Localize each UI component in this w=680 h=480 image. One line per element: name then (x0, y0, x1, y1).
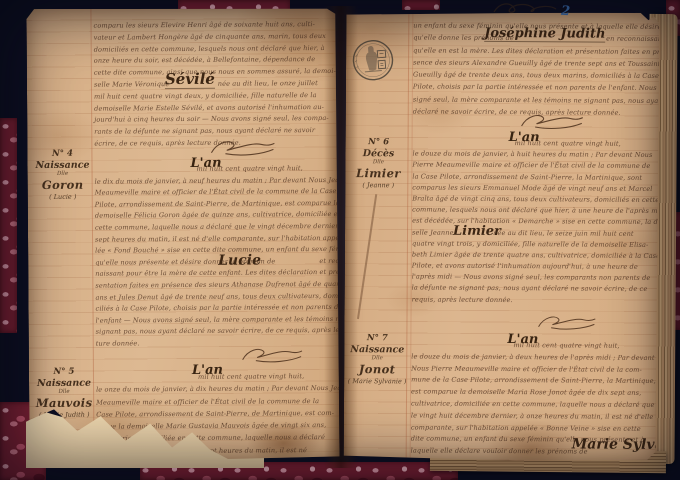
book-gutter-shadow (324, 6, 358, 468)
highlighted-name-josephine-judith: Joséphine Judith (484, 26, 605, 43)
record-surname: Goron (30, 178, 96, 192)
officiant-signature-flourish (534, 313, 598, 331)
ink-scribble-flourish (492, 0, 564, 16)
margin-cancel-stroke (357, 194, 377, 319)
officiant-signature-flourish (239, 345, 305, 364)
officiant-signature-flourish (518, 111, 586, 131)
left-page: N° 4 Naissance Dlle Goron ( Lucie ) N° 5… (26, 7, 339, 463)
cover-marbled-fragment-top-2 (402, 0, 440, 10)
highlighted-name-marie-sylvanie: Marie Sylvanie (572, 436, 660, 453)
record-type: Naissance (31, 378, 97, 389)
record-honorific: Dlle (31, 389, 97, 395)
record-type: Naissance (29, 160, 95, 171)
death-record-limier-text: mil huit cent quatre vingt huit,le douze… (412, 137, 660, 306)
folio-page-number: 2 (561, 4, 571, 19)
highlighted-name-lucie: Lucie (218, 252, 261, 268)
register-book-scan: N° 4 Naissance Dlle Goron ( Lucie ) N° 5… (0, 0, 680, 480)
record-honorific: Dlle (30, 171, 96, 177)
cover-marbled-fragment-left (0, 118, 17, 333)
margin-rule-line (406, 11, 410, 461)
birth-record-goron-text: mil huit cent quatre vingt huit,le dix d… (95, 163, 340, 350)
record-number: N° 5 (31, 367, 97, 377)
record-number: N° 4 (29, 149, 95, 159)
highlighted-name-limier: Limier (453, 224, 501, 239)
record-forename: ( Lucie ) (30, 193, 96, 201)
right-page: N° 6 Décès Dlle Limier ( Jeanne ) N° 7 N… (344, 11, 660, 463)
margin-record-5: N° 5 Naissance Dlle Mauvois ( Marie Judi… (31, 367, 97, 419)
margin-record-4: N° 4 Naissance Dlle Goron ( Lucie ) (29, 149, 95, 201)
highlighted-name-sevile: Sévilé (165, 70, 215, 89)
record-surname: Mauvois (31, 396, 97, 410)
